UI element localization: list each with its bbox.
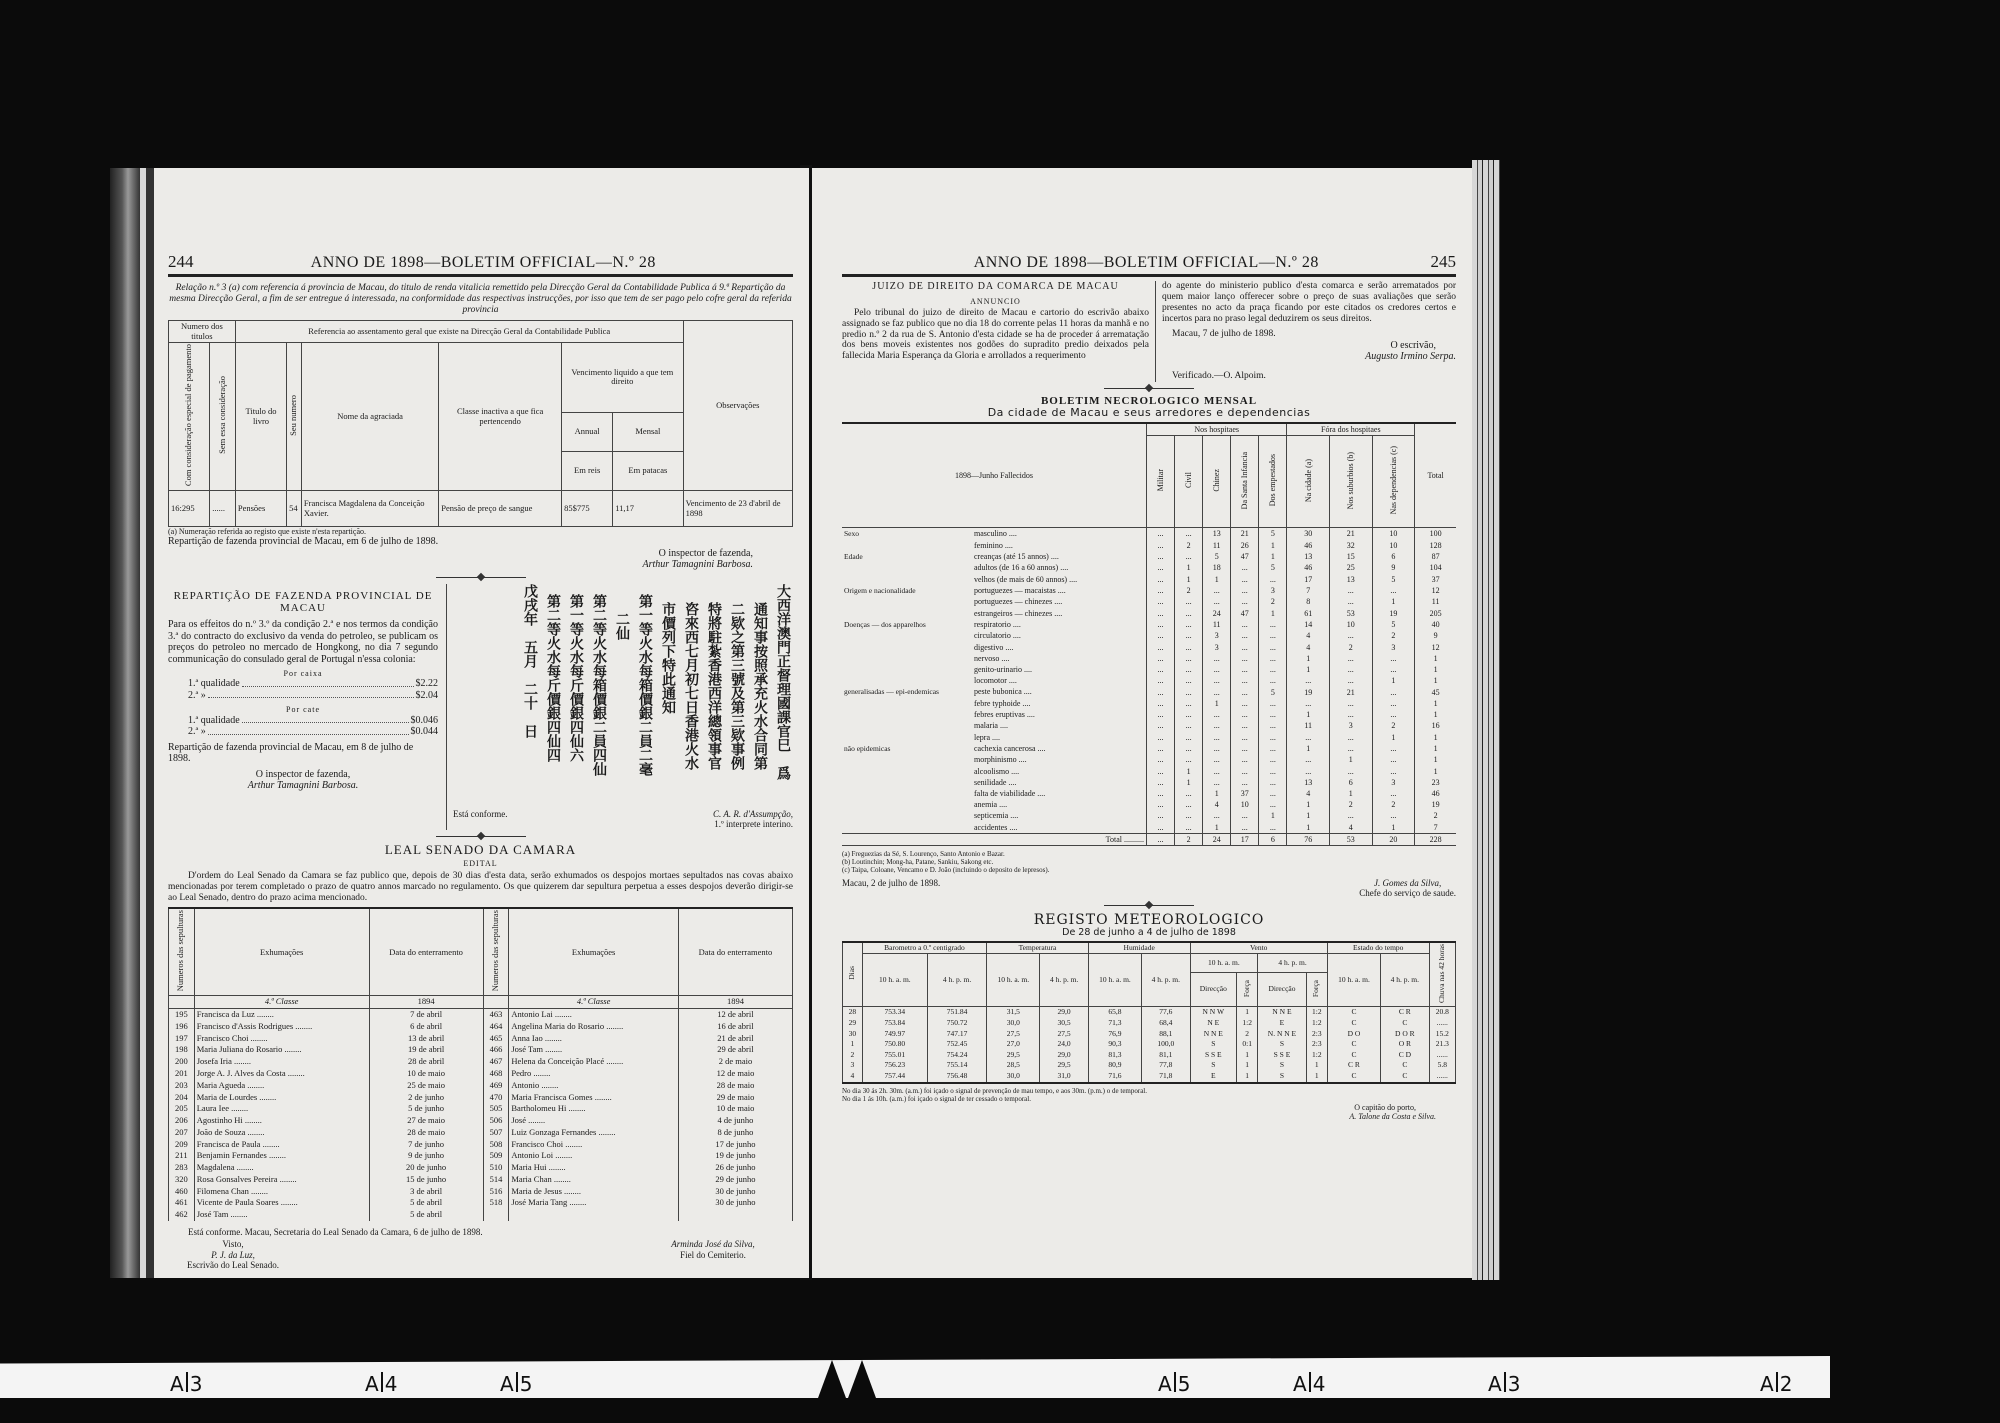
meteorologico-row: 1750.80752.4527,024,090,3100,0S0:1S2:3CO…: [843, 1039, 1456, 1050]
th-forca: Força: [1243, 980, 1252, 997]
exhumacao-row: 462José Tam ........5 de abril: [169, 1209, 793, 1221]
th-numeros: Numeros das sepulturas: [491, 910, 501, 991]
th-vento-pm: 4 h. p. m.: [1258, 954, 1328, 973]
strip-mark: A3: [1488, 1372, 1520, 1396]
th-am: 10 h. a. m.: [1327, 954, 1380, 1007]
year-label: 1894: [369, 996, 483, 1009]
section-divider: [1104, 905, 1194, 906]
exhumacao-row: 204Maria de Lourdes ........2 de junho47…: [169, 1092, 793, 1104]
chinese-col: 二仙: [612, 584, 632, 832]
th-estado: Estado do tempo: [1327, 942, 1429, 954]
cate-row-1: 1.ª qualidade$0.046: [188, 715, 438, 727]
chinese-col: 特將駐紮香港西洋總領事官: [704, 584, 724, 822]
th-necro-col: Chinez: [1203, 436, 1231, 528]
necrologico-row: velhos (de mais de 60 annos) .......11..…: [842, 574, 1456, 585]
necrologico-row: locomotor .........................11: [842, 675, 1456, 686]
th-chuva: Chuva nas 42 horas: [1438, 944, 1447, 1003]
necrologico-table: 1898—Junho Fallecidos Nos hospitaes Fóra…: [842, 422, 1456, 846]
relacao-table: Numero dos titulos Referencia ao assenta…: [168, 320, 793, 527]
chinese-signer-name: C. A. R. d'Assumpção,: [713, 809, 793, 819]
section-divider: [436, 836, 526, 837]
necrologico-row: Sexomasculino ..........13215302110100: [842, 528, 1456, 540]
th-necro-col: Dos empestados: [1259, 436, 1287, 528]
section-divider: [1104, 388, 1194, 389]
section-divider: [436, 577, 526, 578]
th-barometro: Barometro a 0.º centigrado: [862, 942, 986, 954]
relacao-heading: Relação n.º 3 (a) com referencia á provi…: [168, 283, 793, 316]
strip-mark: A5: [1158, 1372, 1190, 1396]
chinese-col: 二欵之第三號及第三欵事例: [727, 584, 747, 822]
caixa-row-1: 1.ª qualidade$2.22: [188, 678, 438, 690]
meteorologico-row: 28753.34751.8431,529,065,877,6N N W1N N …: [843, 1007, 1456, 1018]
juizo-heading: JUIZO DE DIREITO DA COMARCA DE MACAU: [842, 281, 1149, 293]
exhumacao-row: 283Magdalena ........20 de junho510Maria…: [169, 1162, 793, 1174]
senado-esta-conforme: Está conforme. Macau, Secretaria do Leal…: [188, 1227, 793, 1237]
relacao-signer-title: O inspector de fazenda,: [168, 548, 753, 560]
exhumacao-row: 196Francisco d'Assis Rodrigues ........6…: [169, 1021, 793, 1033]
necrologico-row: estrangeiros — chinezes ..........244716…: [842, 608, 1456, 619]
th-vento: Vento: [1190, 942, 1327, 954]
meteorologico-row: 30749.97747.1727,527,576,988,1N N E2N. N…: [843, 1029, 1456, 1040]
necrologico-row: Origem e nacionalidadeportuguezes — maca…: [842, 585, 1456, 597]
relacao-place-date: Repartição de fazenda provincial de Maca…: [168, 536, 793, 548]
th-total: Total: [1415, 423, 1456, 528]
th-vento-am: 10 h. a. m.: [1190, 954, 1258, 973]
th-mensal: Mensal: [613, 412, 683, 451]
exhumacao-row: 197Francisco Choi ........13 de abril465…: [169, 1033, 793, 1045]
th-annual: Annual: [562, 412, 613, 451]
cell-numero: 54: [287, 491, 302, 527]
meteorologico-row: 4757.44756.4830,031,071,671,8E1S1CC.....…: [843, 1071, 1456, 1083]
th-classe: Classe inactiva a que fica pertencendo: [439, 343, 562, 491]
necrologico-total-row: Total .............224176765320228: [842, 833, 1456, 845]
necrologico-row: Doenças — dos apparelhosrespiratorio ...…: [842, 619, 1456, 631]
classe-label: 4.ª Classe: [194, 996, 369, 1009]
relacao-signer-name: Arthur Tamagnini Barbosa.: [168, 559, 753, 571]
chinese-col: 通知事按照承充火水合同第: [750, 584, 770, 822]
th-forca: Força: [1312, 980, 1321, 997]
cell-com: 16:295: [169, 491, 210, 527]
necrologico-signer-title: Chefe do serviço de saude.: [1359, 888, 1456, 898]
necrologico-corner: 1898—Junho Fallecidos: [842, 423, 1147, 528]
th-data: Data do enterramento: [369, 908, 483, 995]
strip-notch: [818, 1360, 846, 1398]
necrologico-row: falta de viabilidade ..........137...41.…: [842, 788, 1456, 799]
petroleo-body: Para os effeitos do n.º 3.º da condição …: [168, 619, 438, 665]
necrologico-signer-name: J. Gomes da Silva,: [1374, 878, 1441, 888]
senado-signer-title: Fiel do Cemiterio.: [633, 1250, 793, 1260]
relacao-row: 16:295 ...... Pensões 54 Francisca Magda…: [169, 491, 793, 527]
th-pm: 4 h. p. m.: [1040, 954, 1088, 1007]
th-necro-col: Civil: [1175, 436, 1203, 528]
relacao-footnote: (a) Numeração referida ao registo que ex…: [168, 527, 793, 536]
th-seu-numero: Seu numero: [289, 395, 299, 436]
caixa-row-2: 2.ª »$2.04: [188, 690, 438, 702]
chinese-col: 咨來西七月初七日香港火水: [681, 584, 701, 822]
juizo-signer-title: O escrivão,: [1162, 340, 1436, 352]
right-page: ANNO DE 1898—BOLETIM OFFICIAL—N.º 28 245…: [812, 168, 1472, 1278]
th-necro-col: Nos suburbios (b): [1329, 436, 1372, 528]
necrologico-row: septicemia ................11......2: [842, 810, 1456, 821]
juizo-place-date: Macau, 7 de julho de 1898.: [1162, 329, 1456, 340]
meteorologico-table: Dias Barometro a 0.º centigrado Temperat…: [842, 941, 1456, 1084]
visto-label: Visto,: [168, 1239, 298, 1249]
petroleo-signer-title: O inspector de fazenda,: [168, 769, 438, 781]
th-pm: 4 h. p. m.: [1381, 954, 1429, 1007]
strip-mark: A4: [1293, 1372, 1325, 1396]
th-exhumacoes: Exhumações: [194, 908, 369, 995]
th-necro-col: Militar: [1147, 436, 1175, 528]
meteorologico-row: 29753.84750.7230,030,571,368,4N E1:2E1:2…: [843, 1018, 1456, 1029]
cell-sem: ......: [210, 491, 236, 527]
running-title: ANNO DE 1898—BOLETIM OFFICIAL—N.º 28: [974, 254, 1319, 272]
necrologico-row: malaria ...................113216: [842, 720, 1456, 731]
exhumacao-row: 206Agostinho Hi ........27 de maio506Jos…: [169, 1115, 793, 1127]
senado-signer-name: Arminda José da Silva,: [633, 1239, 793, 1249]
th-am: 10 h. a. m.: [1088, 954, 1141, 1007]
necrologico-footnotes: (a) Freguezias da Sé, S. Lourenço, Santo…: [842, 850, 1456, 874]
book-left-edge: [110, 168, 140, 1278]
exhumacao-row: 201Jorge A. J. Alves da Costa ........10…: [169, 1068, 793, 1080]
strip-notch: [848, 1360, 876, 1398]
edital-body: D'ordem do Leal Senado da Camara se faz …: [168, 871, 793, 904]
visto-title: Escrivão do Leal Senado.: [168, 1260, 298, 1270]
necrologico-row: não epidemicascachexia cancerosa .......…: [842, 743, 1456, 755]
petroleo-section: REPARTIÇÃO DE FAZENDA PROVINCIAL DE MACA…: [168, 584, 793, 830]
exhumacoes-rows: 195Francisca da Luz ........7 de abril46…: [169, 1009, 793, 1221]
meteorologico-subheading: De 28 de junho a 4 de julho de 1898: [842, 928, 1456, 939]
chinese-notice: 大西洋澳門正督理國課官巳 爲 通知事按照承充火水合同第 二欵之第三號及第三欵事例…: [447, 584, 793, 830]
petroleo-heading: REPARTIÇÃO DE FAZENDA PROVINCIAL DE MACA…: [168, 590, 438, 615]
necrologico-place-date: Macau, 2 de julho de 1898.: [842, 878, 940, 899]
necrologico-row: febres eruptivas ...................1...…: [842, 709, 1456, 720]
th-sem-consideracao: Sem essa consideração: [218, 376, 228, 454]
chinese-col: 市價列下特此通知: [658, 584, 678, 822]
necrologico-rows: Sexomasculino ..........13215302110100fe…: [842, 528, 1456, 846]
meteorologico-row: 2755.01754.2429,529,081,381,1S S E1S S E…: [843, 1050, 1456, 1061]
met-signer-title: O capitão do porto,: [842, 1103, 1416, 1112]
th-pm: 4 h. p. m.: [927, 954, 986, 1007]
right-running-head: ANNO DE 1898—BOLETIM OFFICIAL—N.º 28 245: [842, 252, 1456, 277]
exhumacao-row: 200Josefa Iria ........28 de abril467Hel…: [169, 1056, 793, 1068]
chinese-signer-title: 1.º interprete interino.: [714, 819, 793, 829]
strip-mark: A2: [1760, 1372, 1792, 1396]
chinese-col: 第一等火水每斤價銀四仙六: [566, 584, 586, 814]
exhumacao-row: 207João de Souza ........28 de maio507Lu…: [169, 1127, 793, 1139]
left-running-head: 244 ANNO DE 1898—BOLETIM OFFICIAL—N.º 28: [168, 252, 793, 277]
th-necro-col: Da Santa Infancia: [1231, 436, 1259, 528]
th-pm: 4 h. p. m.: [1142, 954, 1190, 1007]
th-direccao: Direcção: [1190, 973, 1237, 1007]
met-signer-name: A. Talone da Costa e Silva.: [842, 1112, 1436, 1121]
cell-classe: Pensão de preço de sangue: [439, 491, 562, 527]
th-nos-hospitaes: Nos hospitaes: [1147, 423, 1287, 436]
chinese-col: 第二等火水每箱價銀二員四仙: [589, 584, 609, 814]
th-referencia: Referencia ao assentamento geral que exi…: [235, 320, 683, 343]
chinese-col: 第二等火水每斤價銀四仙四: [543, 584, 563, 814]
chinese-esta-conforme: Está conforme.: [453, 809, 507, 830]
necrologico-row: lepra .........................11: [842, 732, 1456, 743]
necrologico-row: accidentes ..........1......1417: [842, 822, 1456, 834]
exhumacao-row: 461Vicente de Paula Soares ........5 de …: [169, 1197, 793, 1209]
exhumacoes-table: Numeros das sepulturas Exhumações Data d…: [168, 907, 793, 1221]
exhumacao-row: 209Francisca de Paula ........7 de junho…: [169, 1139, 793, 1151]
necrologico-row: adultos (de 16 a 60 annos) .......118...…: [842, 562, 1456, 573]
necrologico-row: generalisadas — epi-endemicaspeste bubon…: [842, 686, 1456, 698]
cell-nome: Francisca Magdalena da Conceição Xavier.: [301, 491, 438, 527]
meteorologico-row: 3756.23755.1428,529,580,977,8S1S1C RC5.8: [843, 1060, 1456, 1071]
book-right-edge: [1472, 160, 1500, 1280]
th-titulo-livro: Titulo do livro: [235, 343, 286, 491]
th-nome: Nome da agraciada: [301, 343, 438, 491]
th-temperatura: Temperatura: [987, 942, 1089, 954]
exhumacao-row: 211Benjamin Fernandes ........9 de junho…: [169, 1150, 793, 1162]
necrologico-row: anemia ..........410...12219: [842, 799, 1456, 810]
th-necro-col: Na cidade (a): [1287, 436, 1330, 528]
edital-heading: EDITAL: [168, 859, 793, 868]
petroleo-place-date: Repartição de fazenda provincial de Maca…: [168, 742, 438, 765]
necrologico-row: alcoolismo .......1..................1: [842, 766, 1456, 777]
th-com-consideracao: Com consideração especial de pagamento: [184, 344, 194, 486]
running-title: ANNO DE 1898—BOLETIM OFFICIAL—N.º 28: [311, 254, 656, 272]
juizo-signer-name: Augusto Irmino Serpa.: [1162, 351, 1456, 363]
footnote: (a) Freguezias da Sé, S. Lourenço, Santo…: [842, 850, 1456, 858]
cate-row-2: 2.ª »$0.044: [188, 726, 438, 738]
footnote: (c) Taipa, Coloane, Vencamo e D. João (i…: [842, 866, 1456, 874]
strip-mark: A5: [500, 1372, 532, 1396]
met-note: No dia 30 ás 2h. 30m. (a.m.) foi içado o…: [842, 1087, 1456, 1095]
chinese-col: 大西洋澳門正督理國課官巳 爲: [773, 584, 793, 804]
exhumacao-row: 205Laura Iee ........5 de junho505Bartho…: [169, 1103, 793, 1115]
th-data: Data do enterramento: [678, 908, 792, 995]
page-number: 245: [1430, 252, 1456, 272]
meteorologico-rows: 28753.34751.8431,529,065,877,6N N W1N N …: [843, 1007, 1456, 1083]
exhumacao-row: 460Filomena Chan ........3 de abril516Ma…: [169, 1186, 793, 1198]
met-note: No dia 1 ás 10h. (a.m.) foi içado o sign…: [842, 1095, 1456, 1103]
strip-mark: A4: [365, 1372, 397, 1396]
strip-mark: A3: [170, 1372, 202, 1396]
page-number: 244: [168, 252, 194, 272]
exhumacao-row: 195Francisca da Luz ........7 de abril46…: [169, 1009, 793, 1021]
por-caixa-label: Por caixa: [168, 669, 438, 678]
petroleo-signer-name: Arthur Tamagnini Barbosa.: [168, 780, 438, 792]
th-exhumacoes: Exhumações: [509, 908, 679, 995]
cell-obs: Vencimento de 23 d'abril de 1898: [683, 491, 792, 527]
por-cate-label: Por cate: [168, 705, 438, 714]
annuncio-heading: ANNUNCIO: [842, 297, 1149, 306]
chinese-col: 第一等火水每箱價銀二員二毫: [635, 584, 655, 814]
th-am: 10 h. a. m.: [862, 954, 927, 1007]
chinese-col: 戊戌年 五月 二十 日: [520, 584, 540, 804]
juizo-section: JUIZO DE DIREITO DA COMARCA DE MACAU ANN…: [842, 281, 1456, 382]
left-page: 244 ANNO DE 1898—BOLETIM OFFICIAL—N.º 28…: [140, 168, 809, 1278]
th-em-patacas: Em patacas: [613, 451, 683, 490]
classe-label: 4.ª Classe: [509, 996, 679, 1009]
necrologico-row: portuguezes — chinezes ................2…: [842, 596, 1456, 607]
th-direccao: Direcção: [1258, 973, 1306, 1007]
juizo-body-right: do agente do ministerio publico d'esta c…: [1162, 281, 1456, 325]
necrologico-subheading: Da cidade de Macau e seus arredores e de…: [842, 407, 1456, 420]
necrologico-row: feminino .......211261463210128: [842, 540, 1456, 551]
necrologico-row: senilidade .......1.........136323: [842, 777, 1456, 788]
scan-calibration-strip: [0, 1356, 1830, 1398]
th-em-reis-annual: Em reis: [562, 451, 613, 490]
th-am: 10 h. a. m.: [987, 954, 1040, 1007]
juizo-body-left: Pelo tribunal do juizo de direito de Mac…: [842, 308, 1149, 363]
cell-annual: 85$775: [562, 491, 613, 527]
necrologico-row: circulatorio ..........3......4...29: [842, 630, 1456, 641]
necrologico-row: febre typhoide ..........1..............…: [842, 698, 1456, 709]
exhumacao-row: 320Rosa Gonsalves Pereira ........15 de …: [169, 1174, 793, 1186]
visto-name: P. J. da Luz,: [168, 1250, 298, 1260]
footnote: (b) Loutinchin; Mong-ha, Patane, Sankiu,…: [842, 858, 1456, 866]
th-numeros: Numeros das sepulturas: [176, 910, 186, 991]
th-observacoes: Observações: [683, 320, 792, 490]
meteorologico-heading: REGISTO METEOROLOGICO: [842, 912, 1456, 928]
cell-titulo: Pensões: [235, 491, 286, 527]
th-necro-col: Nas dependencias (c): [1372, 436, 1415, 528]
cell-patacas: 11,17: [613, 491, 683, 527]
th-humidade: Humidade: [1088, 942, 1190, 954]
necrologico-row: nervoso ...................1......1: [842, 653, 1456, 664]
th-dias: Dias: [848, 966, 857, 980]
necrologico-row: Edadecreanças (até 15 annos) ..........5…: [842, 551, 1456, 563]
necrologico-row: morphinismo ......................1...1: [842, 754, 1456, 765]
year-label: 1894: [678, 996, 792, 1009]
th-vencimento: Vencimento liquido a que tem direito: [562, 343, 684, 412]
th-numero-titulos: Numero dos titulos: [169, 320, 236, 343]
juizo-verificado: Verificado.—O. Alpoim.: [1162, 371, 1456, 382]
leal-senado-heading: LEAL SENADO DA CAMARA: [168, 843, 793, 858]
th-fora-hospitaes: Fóra dos hospitaes: [1287, 423, 1415, 436]
meteorologico-notes: No dia 30 ás 2h. 30m. (a.m.) foi içado o…: [842, 1087, 1456, 1103]
necrologico-row: genito-urinario ...................1....…: [842, 664, 1456, 675]
exhumacao-row: 198Maria Juliana do Rosario ........19 d…: [169, 1044, 793, 1056]
necrologico-row: digestivo ..........3......42312: [842, 642, 1456, 653]
exhumacao-row: 203Maria Agueda ........25 de maio469Ant…: [169, 1080, 793, 1092]
